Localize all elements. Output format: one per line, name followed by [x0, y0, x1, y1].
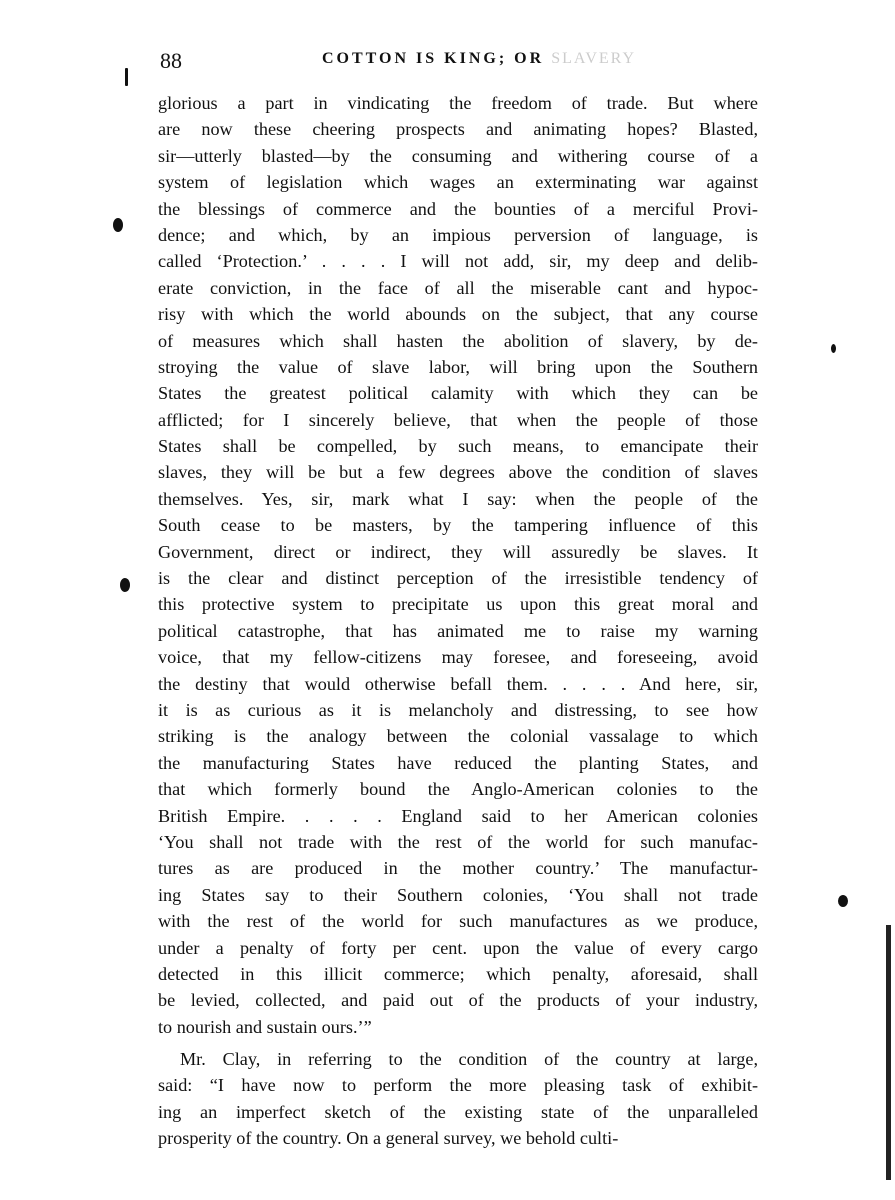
body-text: glorious a part in vindicating the freed…: [158, 90, 758, 1152]
text-line: detected in this illicit commerce; which…: [158, 961, 758, 987]
text-line: are now these cheering prospects and ani…: [158, 116, 758, 142]
text-line: the blessings of commerce and the bounti…: [158, 196, 758, 222]
text-line: stroying the value of slave labor, will …: [158, 354, 758, 380]
ink-speck: [113, 218, 123, 232]
page-edge: [886, 925, 891, 1180]
text-line: prosperity of the country. On a general …: [158, 1125, 758, 1151]
text-line: striking is the analogy between the colo…: [158, 723, 758, 749]
text-line: it is as curious as it is melancholy and…: [158, 697, 758, 723]
text-line: erate conviction, in the face of all the…: [158, 275, 758, 301]
text-line: be levied, collected, and paid out of th…: [158, 987, 758, 1013]
text-line: to nourish and sustain ours.’”: [158, 1014, 758, 1040]
ink-speck: [120, 578, 130, 592]
text-line: States the greatest political calamity w…: [158, 380, 758, 406]
text-line: ing States say to their Southern colonie…: [158, 882, 758, 908]
text-line: said: “I have now to perform the more pl…: [158, 1072, 758, 1098]
text-line: risy with which the world abounds on the…: [158, 301, 758, 327]
text-line: British Empire. . . . . England said to …: [158, 803, 758, 829]
text-line: with the rest of the world for such manu…: [158, 908, 758, 934]
text-line: glorious a part in vindicating the freed…: [158, 90, 758, 116]
text-line: themselves. Yes, sir, mark what I say: w…: [158, 486, 758, 512]
running-head-faded: SLAVERY: [551, 50, 636, 67]
text-line: called ‘Protection.’ . . . . I will not …: [158, 248, 758, 274]
text-line: ing an imperfect sketch of the existing …: [158, 1099, 758, 1125]
text-line: the manufacturing States have reduced th…: [158, 750, 758, 776]
text-line: the destiny that would otherwise befall …: [158, 671, 758, 697]
text-line: dence; and which, by an impious perversi…: [158, 222, 758, 248]
text-line: under a penalty of forty per cent. upon …: [158, 935, 758, 961]
text-line: sir—utterly blasted—by the consuming and…: [158, 143, 758, 169]
text-line: of measures which shall hasten the aboli…: [158, 328, 758, 354]
text-line: system of legislation which wages an ext…: [158, 169, 758, 195]
text-line: South cease to be masters, by the tamper…: [158, 512, 758, 538]
running-head-title: COTTON IS KING; OR: [322, 50, 544, 67]
ink-speck: [831, 344, 836, 353]
ink-speck: [125, 68, 128, 86]
text-line: afflicted; for I sincerely believe, that…: [158, 407, 758, 433]
text-line: Mr. Clay, in referring to the condition …: [158, 1046, 758, 1072]
text-line: voice, that my fellow-citizens may fores…: [158, 644, 758, 670]
ink-speck: [838, 895, 848, 907]
text-line: States shall be compelled, by such means…: [158, 433, 758, 459]
text-line: that which formerly bound the Anglo-Amer…: [158, 776, 758, 802]
text-line: this protective system to precipitate us…: [158, 591, 758, 617]
text-line: Government, direct or indirect, they wil…: [158, 539, 758, 565]
text-line: is the clear and distinct perception of …: [158, 565, 758, 591]
text-line: ‘You shall not trade with the rest of th…: [158, 829, 758, 855]
text-line: political catastrophe, that has animated…: [158, 618, 758, 644]
text-line: slaves, they will be but a few degrees a…: [158, 459, 758, 485]
page-number: 88: [160, 48, 182, 74]
running-head: COTTON IS KING; OR SLAVERY: [322, 50, 636, 68]
text-line: tures as are produced in the mother coun…: [158, 855, 758, 881]
